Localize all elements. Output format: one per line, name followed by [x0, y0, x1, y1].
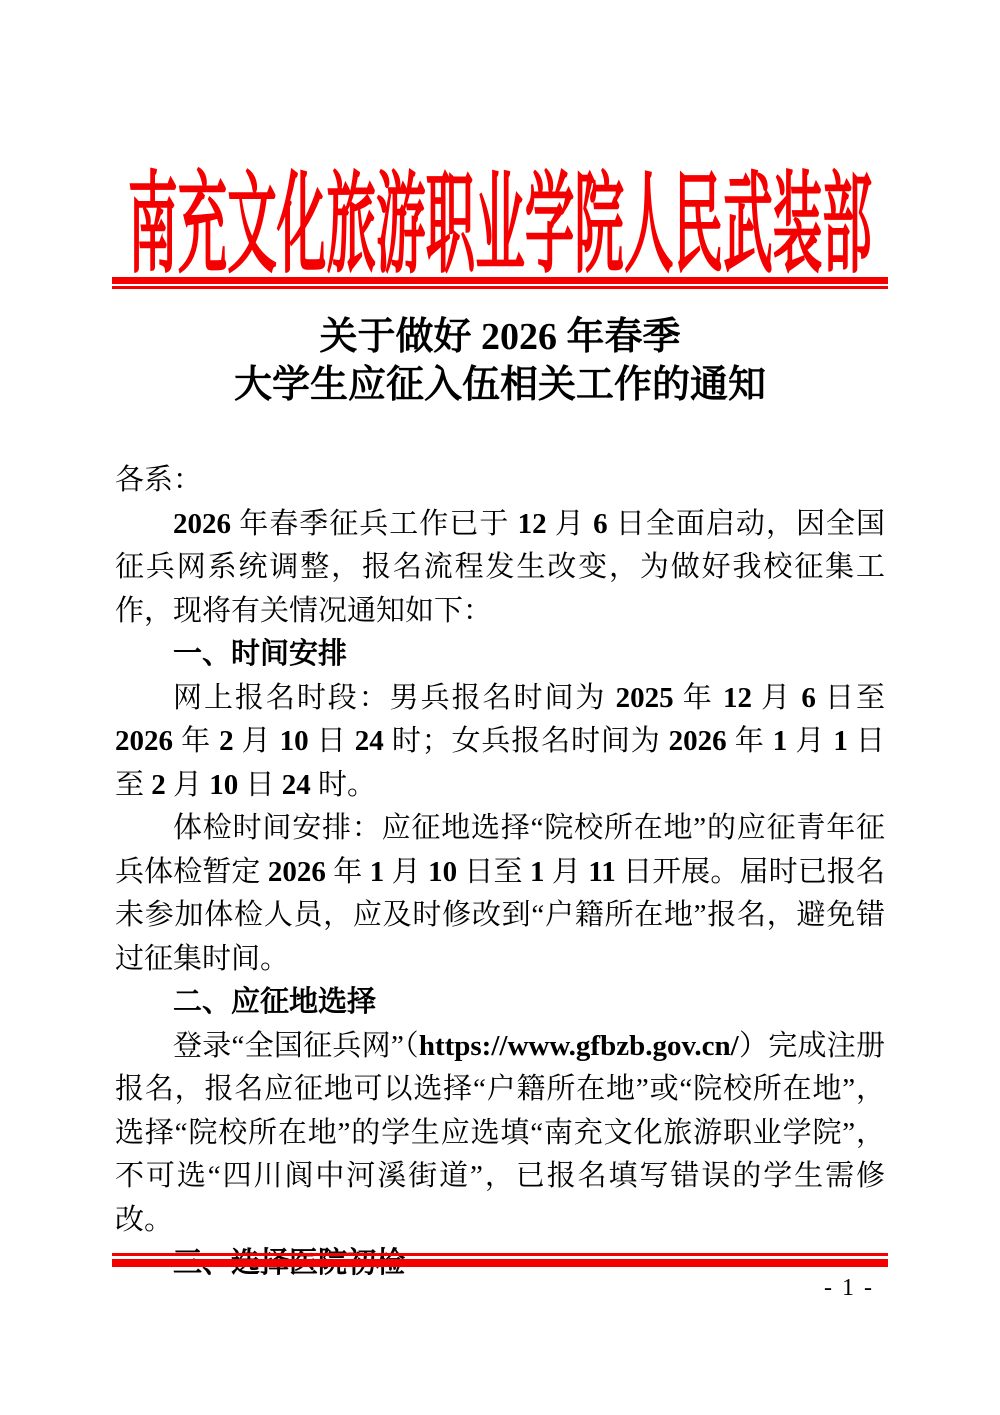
document-title-line1: 关于做好 2026 年春季	[0, 313, 1000, 361]
paragraph-online-registration-period: 网上报名时段：男兵报名时间为 2025 年 12 月 6 日至 2026 年 2…	[115, 677, 885, 808]
paragraph-enlistment-location-selection: 登录“全国征兵网”（https://www.gfbzb.gov.cn/）完成注册…	[115, 1025, 885, 1243]
document-page: 南充文化旅游职业学院人民武装部 关于做好 2026 年春季 大学生应征入伍相关工…	[0, 0, 1000, 1415]
salutation: 各系：	[115, 459, 885, 503]
document-title: 关于做好 2026 年春季 大学生应征入伍相关工作的通知	[0, 313, 1000, 409]
paragraph-intro: 2026 年春季征兵工作已于 12 月 6 日全面启动，因全国征兵网系统调整，报…	[115, 503, 885, 634]
section-heading-1-time-arrangement: 一、时间安排	[115, 633, 885, 677]
document-body: 各系： 2026 年春季征兵工作已于 12 月 6 日全面启动，因全国征兵网系统…	[115, 459, 885, 1286]
letterhead-divider	[112, 277, 888, 289]
letterhead-org-name: 南充文化旅游职业学院人民武装部	[128, 136, 872, 294]
footer-divider	[112, 1253, 888, 1267]
letterhead-divider-thin-line	[112, 286, 888, 289]
letterhead-divider-thick-line	[112, 277, 888, 284]
document-title-line2: 大学生应征入伍相关工作的通知	[0, 361, 1000, 409]
section-heading-2-enlistment-location: 二、应征地选择	[115, 981, 885, 1025]
footer-divider-thick-line	[112, 1259, 888, 1267]
page-number: - 1 -	[824, 1275, 874, 1302]
letterhead: 南充文化旅游职业学院人民武装部	[0, 158, 1000, 273]
paragraph-physical-exam-schedule: 体检时间安排：应征地选择“院校所在地”的应征青年征兵体检暂定 2026 年 1 …	[115, 807, 885, 981]
